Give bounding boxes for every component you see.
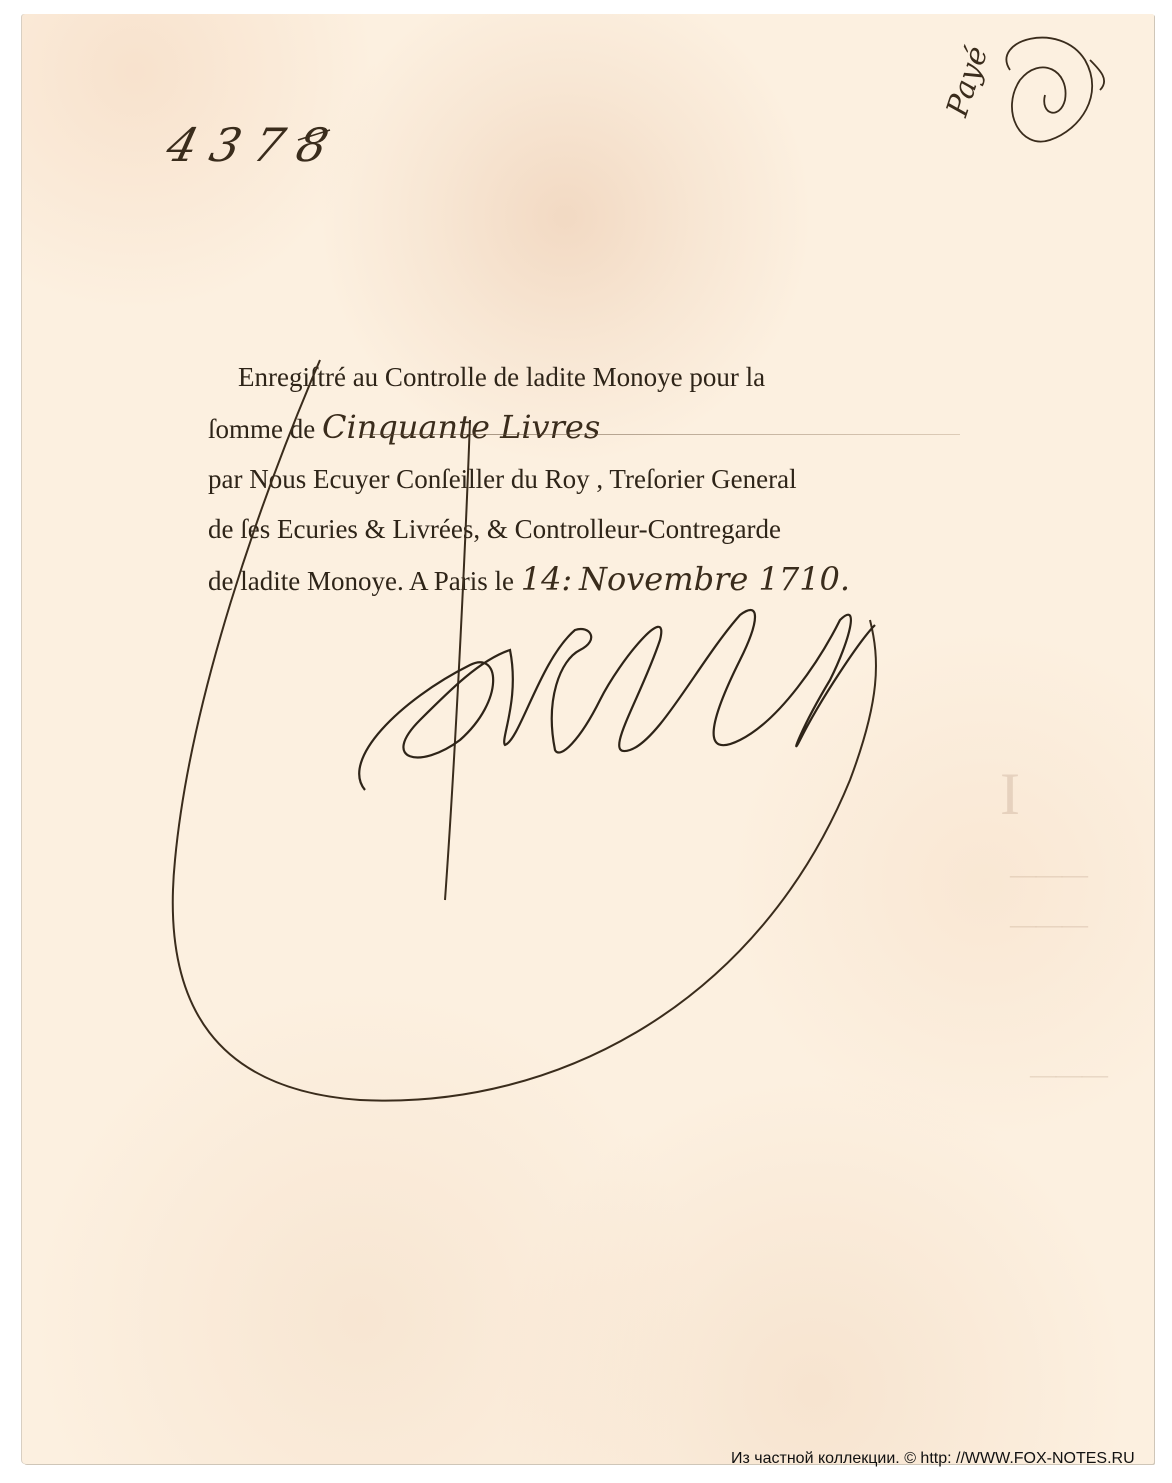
bleed-through-print: ——— (1010, 910, 1088, 940)
banknote-paper (22, 14, 1154, 1464)
text-line-2: ſomme de Cinquante Livres (208, 402, 968, 454)
text-line-4: de ſes Ecuries & Livrées, & Controlleur-… (208, 504, 968, 554)
text-line-1: Enregiſtré au Controlle de ladite Monoye… (208, 352, 968, 402)
text-line-5-prefix: de ladite Monoye. A Paris le (208, 566, 514, 596)
serial-number: 4378 (161, 118, 348, 172)
handwritten-date-day: 14: (521, 560, 573, 598)
handwritten-amount: Cinquante Livres (322, 408, 600, 446)
bleed-through-print: ——— (1030, 1060, 1108, 1090)
collection-watermark: Из частной коллекции. © http: //WWW.FOX-… (731, 1450, 1135, 1468)
text-line-3: par Nous Ecuyer Conſeiller du Roy , Treſ… (208, 454, 968, 504)
text-line-5: de ladite Monoye. A Paris le 14: Novembr… (208, 554, 968, 606)
registration-text: Enregiſtré au Controlle de ladite Monoye… (208, 352, 968, 606)
text-line-2-prefix: ſomme de (208, 414, 315, 444)
handwritten-date-month-year: Novembre 1710. (579, 560, 850, 598)
bleed-through-print: ——— (1010, 860, 1088, 890)
amount-underline (360, 434, 960, 435)
bleed-through-print: I (1000, 760, 1020, 829)
